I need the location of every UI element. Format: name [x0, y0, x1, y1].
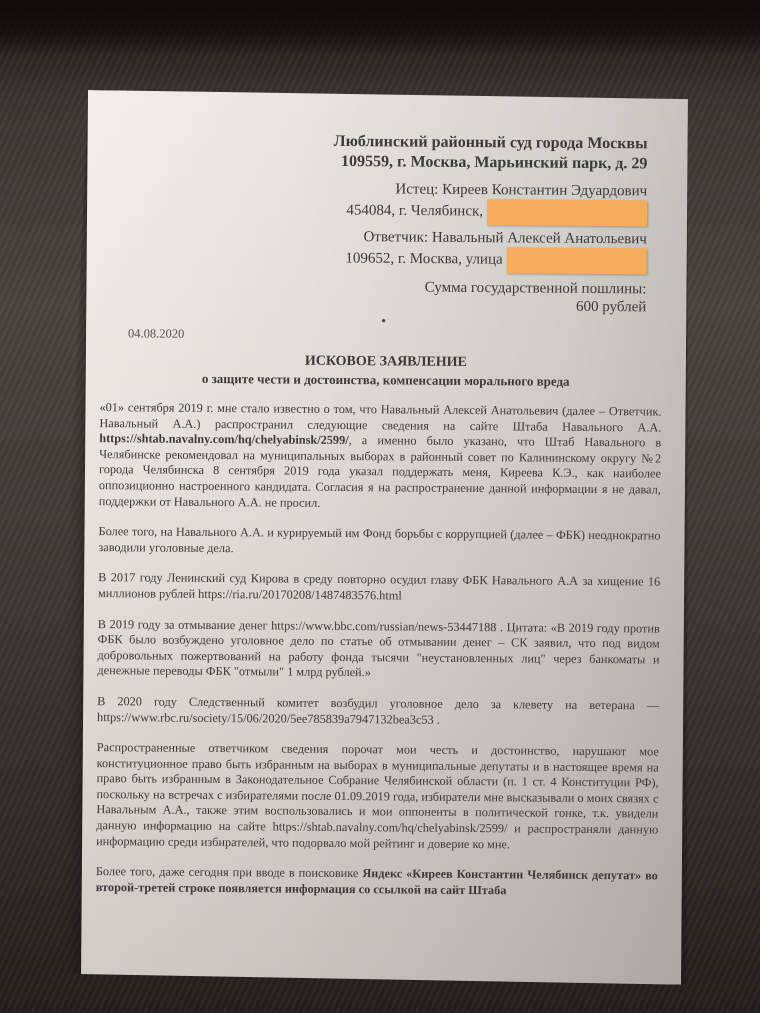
paragraph: В 2020 году Следственный комитет возбуди…: [97, 694, 659, 730]
defendant-address: 109652, г. Москва, улица: [345, 250, 502, 267]
paragraph-text: «01» сентября 2019 г. мне стало известно…: [99, 400, 661, 434]
redaction-sticker: [487, 199, 647, 226]
document-date: 04.08.2020: [128, 326, 184, 341]
defendant-name: Ответчик: Навальный Алексей Анатольевич: [345, 228, 646, 248]
document-body: «01» сентября 2019 г. мне стало известно…: [96, 400, 662, 915]
background-shadow: [0, 0, 760, 55]
fee-amount: 600 рублей: [424, 297, 646, 317]
paragraph: Распространенные ответчиком сведения пор…: [96, 740, 659, 854]
defendant-address-line: 109652, г. Москва, улица: [345, 246, 647, 274]
paragraph: «01» сентября 2019 г. мне стало известно…: [99, 400, 662, 514]
shtab-link: https://shtab.navalny.com/hq/chelyabinsk…: [99, 431, 349, 447]
document-page: Люблинский районный суд города Москвы 10…: [81, 90, 688, 985]
paragraph: Более того, даже сегодня при вводе в пои…: [96, 864, 658, 900]
plaintiff-block: Истец: Киреев Константин Эдуардович 4540…: [346, 180, 647, 226]
defendant-block: Ответчик: Навальный Алексей Анатольевич …: [345, 228, 647, 274]
document-title: ИСКОВОЕ ЗАЯВЛЕНИЕ: [86, 352, 686, 373]
plaintiff-address-line: 454084, г. Челябинск,: [346, 198, 647, 226]
fee-label: Сумма государственной пошлины:: [425, 279, 647, 299]
fee-block: Сумма государственной пошлины: 600 рубле…: [424, 279, 646, 317]
paragraph-text: Более того, даже сегодня при вводе в пои…: [96, 864, 363, 880]
paragraph: Более того, на Навального А.А. и курируе…: [98, 524, 660, 560]
paragraph: В 2017 году Ленинский суд Кирова в среду…: [98, 570, 660, 606]
court-name: Люблинский районный суд города Москвы: [334, 132, 648, 154]
plaintiff-address: 454084, г. Челябинск,: [346, 202, 483, 219]
redaction-sticker: [507, 247, 647, 274]
plaintiff-name: Истец: Киреев Константин Эдуардович: [347, 180, 648, 200]
document-subtitle: о защите чести и достоинства, компенсаци…: [86, 370, 686, 391]
stray-mark: •: [381, 314, 386, 330]
court-address: 109559, г. Москва, Марьинский парк, д. 2…: [333, 152, 647, 174]
paragraph: В 2019 году за отмывание денег https://w…: [97, 617, 659, 684]
court-header: Люблинский районный суд города Москвы 10…: [333, 132, 647, 174]
